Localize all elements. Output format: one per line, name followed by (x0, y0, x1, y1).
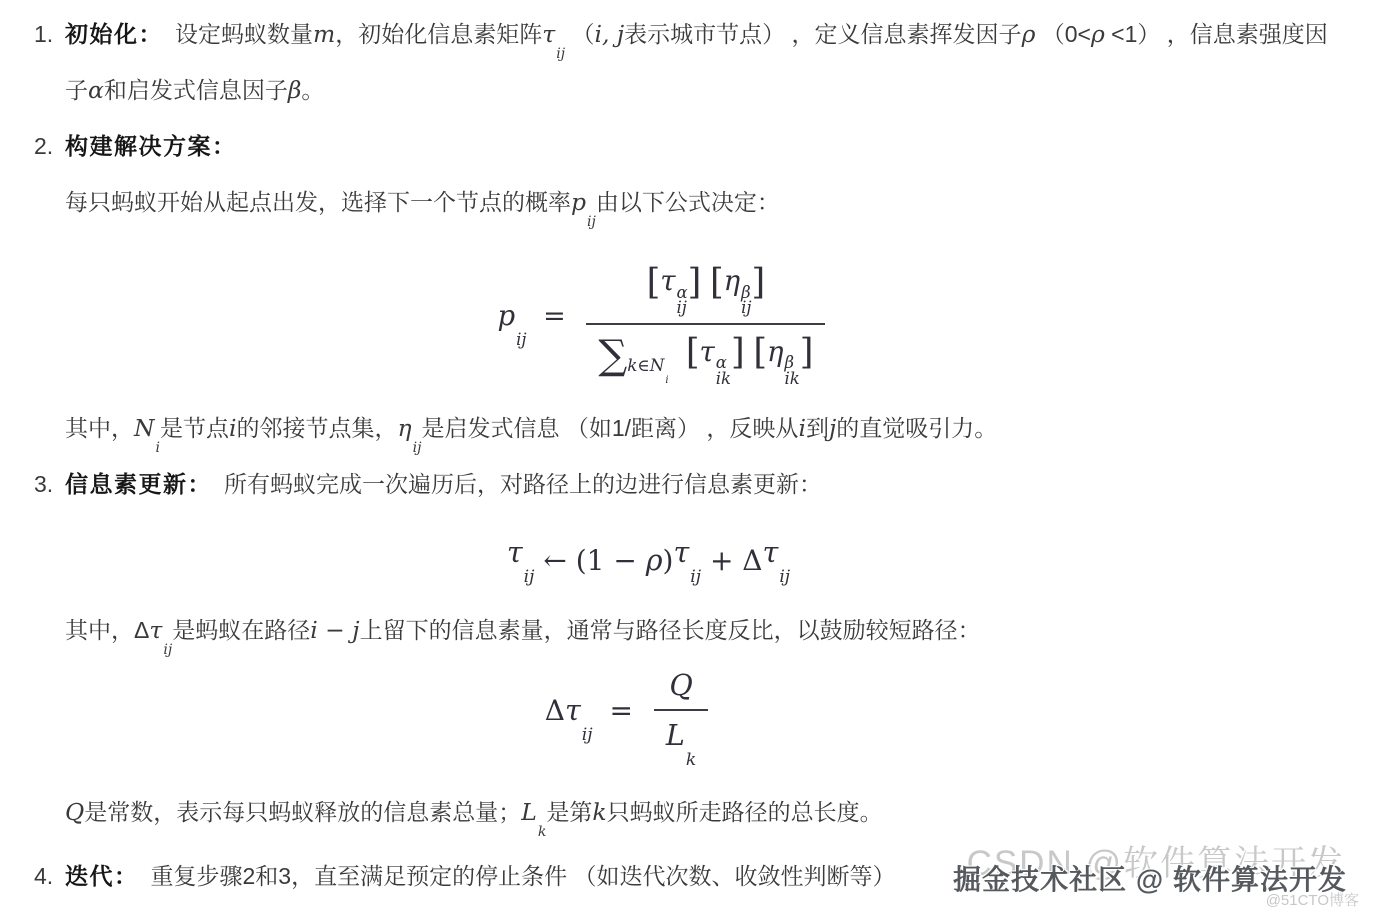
text-run: i − j (310, 616, 359, 644)
text-run: [ (686, 332, 700, 373)
script-stack: βik (785, 355, 800, 386)
paragraph-q-note: Q是常数，表示每只蚂蚁释放的信息素总量；Lk是第k只蚂蚁所走路径的总长度。 (0, 784, 1387, 840)
text-run: 。 (301, 77, 324, 103)
text-run: 其中， (65, 415, 134, 441)
text-run: （0< (1035, 21, 1091, 47)
text-run: 的直觉吸引力。 (836, 415, 997, 441)
formula-lhs: pij = (498, 300, 583, 348)
text-run: 是节点 (160, 415, 229, 441)
script-stack: ij (163, 644, 172, 657)
text-run: 和启发式信息因子 (104, 77, 288, 103)
item-number: 3. (34, 456, 65, 512)
script-stack: ij (582, 727, 593, 743)
text-run: ] (800, 332, 814, 373)
script-stack: i (156, 442, 161, 455)
fraction-numerator: [ταij] [ηβij] (635, 262, 778, 323)
list-item-init: 1. 初始化：设定蚂蚁数量m，初始化信息素矩阵τij （i, j表示城市节点） … (0, 6, 1387, 118)
formula-pheromone-update: τij ← (1 − ρ)τij + Δτij (0, 518, 1387, 602)
text-run: 每只蚂蚁开始从起点出发，选择下一个节点的概率 (65, 189, 571, 215)
item-heading: 构建解决方案： (65, 133, 237, 159)
script-stack: k (538, 826, 547, 839)
fraction: Q Lk (654, 668, 708, 769)
text-run: = (527, 301, 583, 332)
document-body: 1. 初始化：设定蚂蚁数量m，初始化信息素矩阵τij （i, j表示城市节点） … (0, 0, 1387, 904)
text-run (701, 266, 710, 297)
text-run: 表示城市节点） ，定义信息素挥发因子 (624, 21, 1021, 47)
text-run: ηβij (724, 265, 752, 297)
text-run: Ni (134, 414, 160, 442)
item-body: 信息素更新：所有蚂蚁完成一次遍历后，对路径上的边进行信息素更新： (65, 456, 1387, 512)
script-stack: ij (587, 216, 596, 229)
text-run: ∑ (598, 331, 627, 379)
formula-delta-tau: Δτij = Q Lk (0, 664, 1387, 772)
text-run: Lk (666, 718, 696, 752)
text-run: ] (731, 332, 745, 373)
text-run: ] (688, 262, 702, 303)
text-run: τij (149, 616, 172, 644)
text-run: i (798, 414, 806, 442)
script-stack: ij (556, 48, 565, 61)
text-run: 其中， (65, 617, 134, 643)
text-run: 是蚂蚁在路径 (172, 617, 310, 643)
text-run: i, j (594, 20, 624, 48)
script-stack: αij (677, 285, 688, 316)
text-run: τij (763, 535, 791, 586)
text-run: τij (673, 535, 701, 586)
text-run: β (288, 76, 302, 104)
text-run: 上留下的信息素量，通常与路径长度反比，以鼓励较短路径： (360, 617, 981, 643)
fraction-numerator: Q (657, 668, 704, 709)
script-stack: ij (524, 569, 535, 585)
item-body: 迭代：重复步骤2和3，直至满足预定的停止条件 （如迭代次数、收敛性判断等） (65, 848, 1387, 904)
paragraph-neighbors-note: 其中，Ni是节点i的邻接节点集，ηij是启发式信息 （如1/距离） ，反映从i到… (0, 400, 1387, 456)
text-run: 是常数，表示每只蚂蚁释放的信息素总量； (84, 799, 521, 825)
text-run: i (229, 414, 237, 442)
text-run: pij (498, 300, 527, 332)
list-item-iterate: 4. 迭代：重复步骤2和3，直至满足预定的停止条件 （如迭代次数、收敛性判断等） (0, 848, 1387, 904)
text-run: α (88, 76, 104, 104)
item-heading: 迭代： (65, 863, 139, 889)
text-run: [ (710, 262, 724, 303)
fraction-denominator: Lk (654, 709, 708, 769)
text-run: Q (65, 798, 84, 826)
text-run: m (313, 20, 335, 48)
item-text: 设定蚂蚁数量m，初始化信息素矩阵τij （i, j表示城市节点） ，定义信息素挥… (65, 21, 1328, 103)
text-run: ρ (1091, 20, 1105, 48)
list-item-build-solution: 2. 构建解决方案： (0, 118, 1387, 174)
text-run: ηij (398, 414, 422, 442)
text-run: k (592, 798, 606, 826)
item-number: 1. (34, 6, 65, 118)
text-run: ταik (700, 336, 732, 368)
text-run: [ (753, 332, 767, 373)
script-stack: ij (413, 442, 422, 455)
text-run: Lk (521, 798, 546, 826)
item-heading: 信息素更新： (65, 471, 212, 497)
text-run: τij (507, 535, 535, 586)
text-run: 重复步骤2和3，直至满足预定的停止条件 （如迭代次数、收敛性判断等） (151, 863, 896, 889)
item-body: 初始化：设定蚂蚁数量m，初始化信息素矩阵τij （i, j表示城市节点） ，定义… (65, 6, 1387, 118)
text-run: Δ (134, 617, 149, 643)
fraction: [ταij] [ηβij] ∑k∈Ni [ταik] [ηβik] (586, 262, 825, 387)
text-run: 所有蚂蚁完成一次遍历后，对路径上的边进行信息素更新： (224, 471, 822, 497)
text-run: ) (663, 544, 674, 577)
text-run: 是第 (546, 799, 592, 825)
paragraph-delta-note: 其中，Δτij是蚂蚁在路径i − j上留下的信息素量，通常与路径长度反比，以鼓励… (0, 602, 1387, 658)
item-heading: 初始化： (65, 21, 163, 47)
text-run: ρ (1022, 20, 1036, 48)
text-run: ，初始化信息素矩阵 (335, 21, 542, 47)
text-run: [ (647, 262, 661, 303)
text-run: k∈Ni (627, 355, 668, 375)
text-run: pij (571, 188, 596, 216)
text-run: + Δ (701, 544, 762, 577)
item-number: 2. (34, 118, 65, 174)
text-run: ηβik (767, 336, 800, 368)
item-text: 所有蚂蚁完成一次遍历后，对路径上的边进行信息素更新： (224, 471, 822, 497)
text-run: τij (565, 693, 593, 727)
text-run: ταij (660, 265, 687, 297)
text-run: Q (669, 668, 692, 702)
text-run: 只蚂蚁所走路径的总长度。 (607, 799, 883, 825)
text-run (669, 337, 686, 368)
script-stack: αik (716, 355, 731, 386)
item-number: 4. (34, 848, 65, 904)
script-stack: ij (690, 569, 701, 585)
text-run: （ (565, 21, 594, 47)
text-run: Δ (545, 694, 565, 727)
script-stack: i (665, 376, 668, 386)
paragraph-select-probability: 每只蚂蚁开始从起点出发，选择下一个节点的概率pij由以下公式决定： (0, 174, 1387, 230)
text-run: τij (542, 20, 565, 48)
formula-probability: pij = [ταij] [ηβij] ∑k∈Ni [ταik] [ηβik] (0, 248, 1387, 400)
script-stack: βij (741, 285, 751, 316)
script-stack: ij (516, 332, 526, 348)
text-run: 是启发式信息 （如1/距离） ，反映从 (421, 415, 798, 441)
text-run: 到 (806, 415, 829, 441)
item-text: 重复步骤2和3，直至满足预定的停止条件 （如迭代次数、收敛性判断等） (151, 863, 896, 889)
text-run: 设定蚂蚁数量 (175, 21, 313, 47)
text-run: = (593, 694, 650, 727)
script-stack: k (686, 752, 696, 768)
item-body: 构建解决方案： (65, 118, 1387, 174)
text-run: ] (752, 262, 766, 303)
text-run: 由以下公式决定： (596, 189, 780, 215)
script-stack: ij (779, 569, 790, 585)
list-item-pheromone-update: 3. 信息素更新：所有蚂蚁完成一次遍历后，对路径上的边进行信息素更新： (0, 456, 1387, 512)
formula-lhs: Δτij = (545, 693, 650, 744)
text-run: ρ (646, 543, 663, 577)
text-run: 的邻接节点集， (237, 415, 398, 441)
text-run: ← (1 − (534, 544, 645, 577)
fraction-denominator: ∑k∈Ni [ταik] [ηβik] (586, 323, 825, 386)
